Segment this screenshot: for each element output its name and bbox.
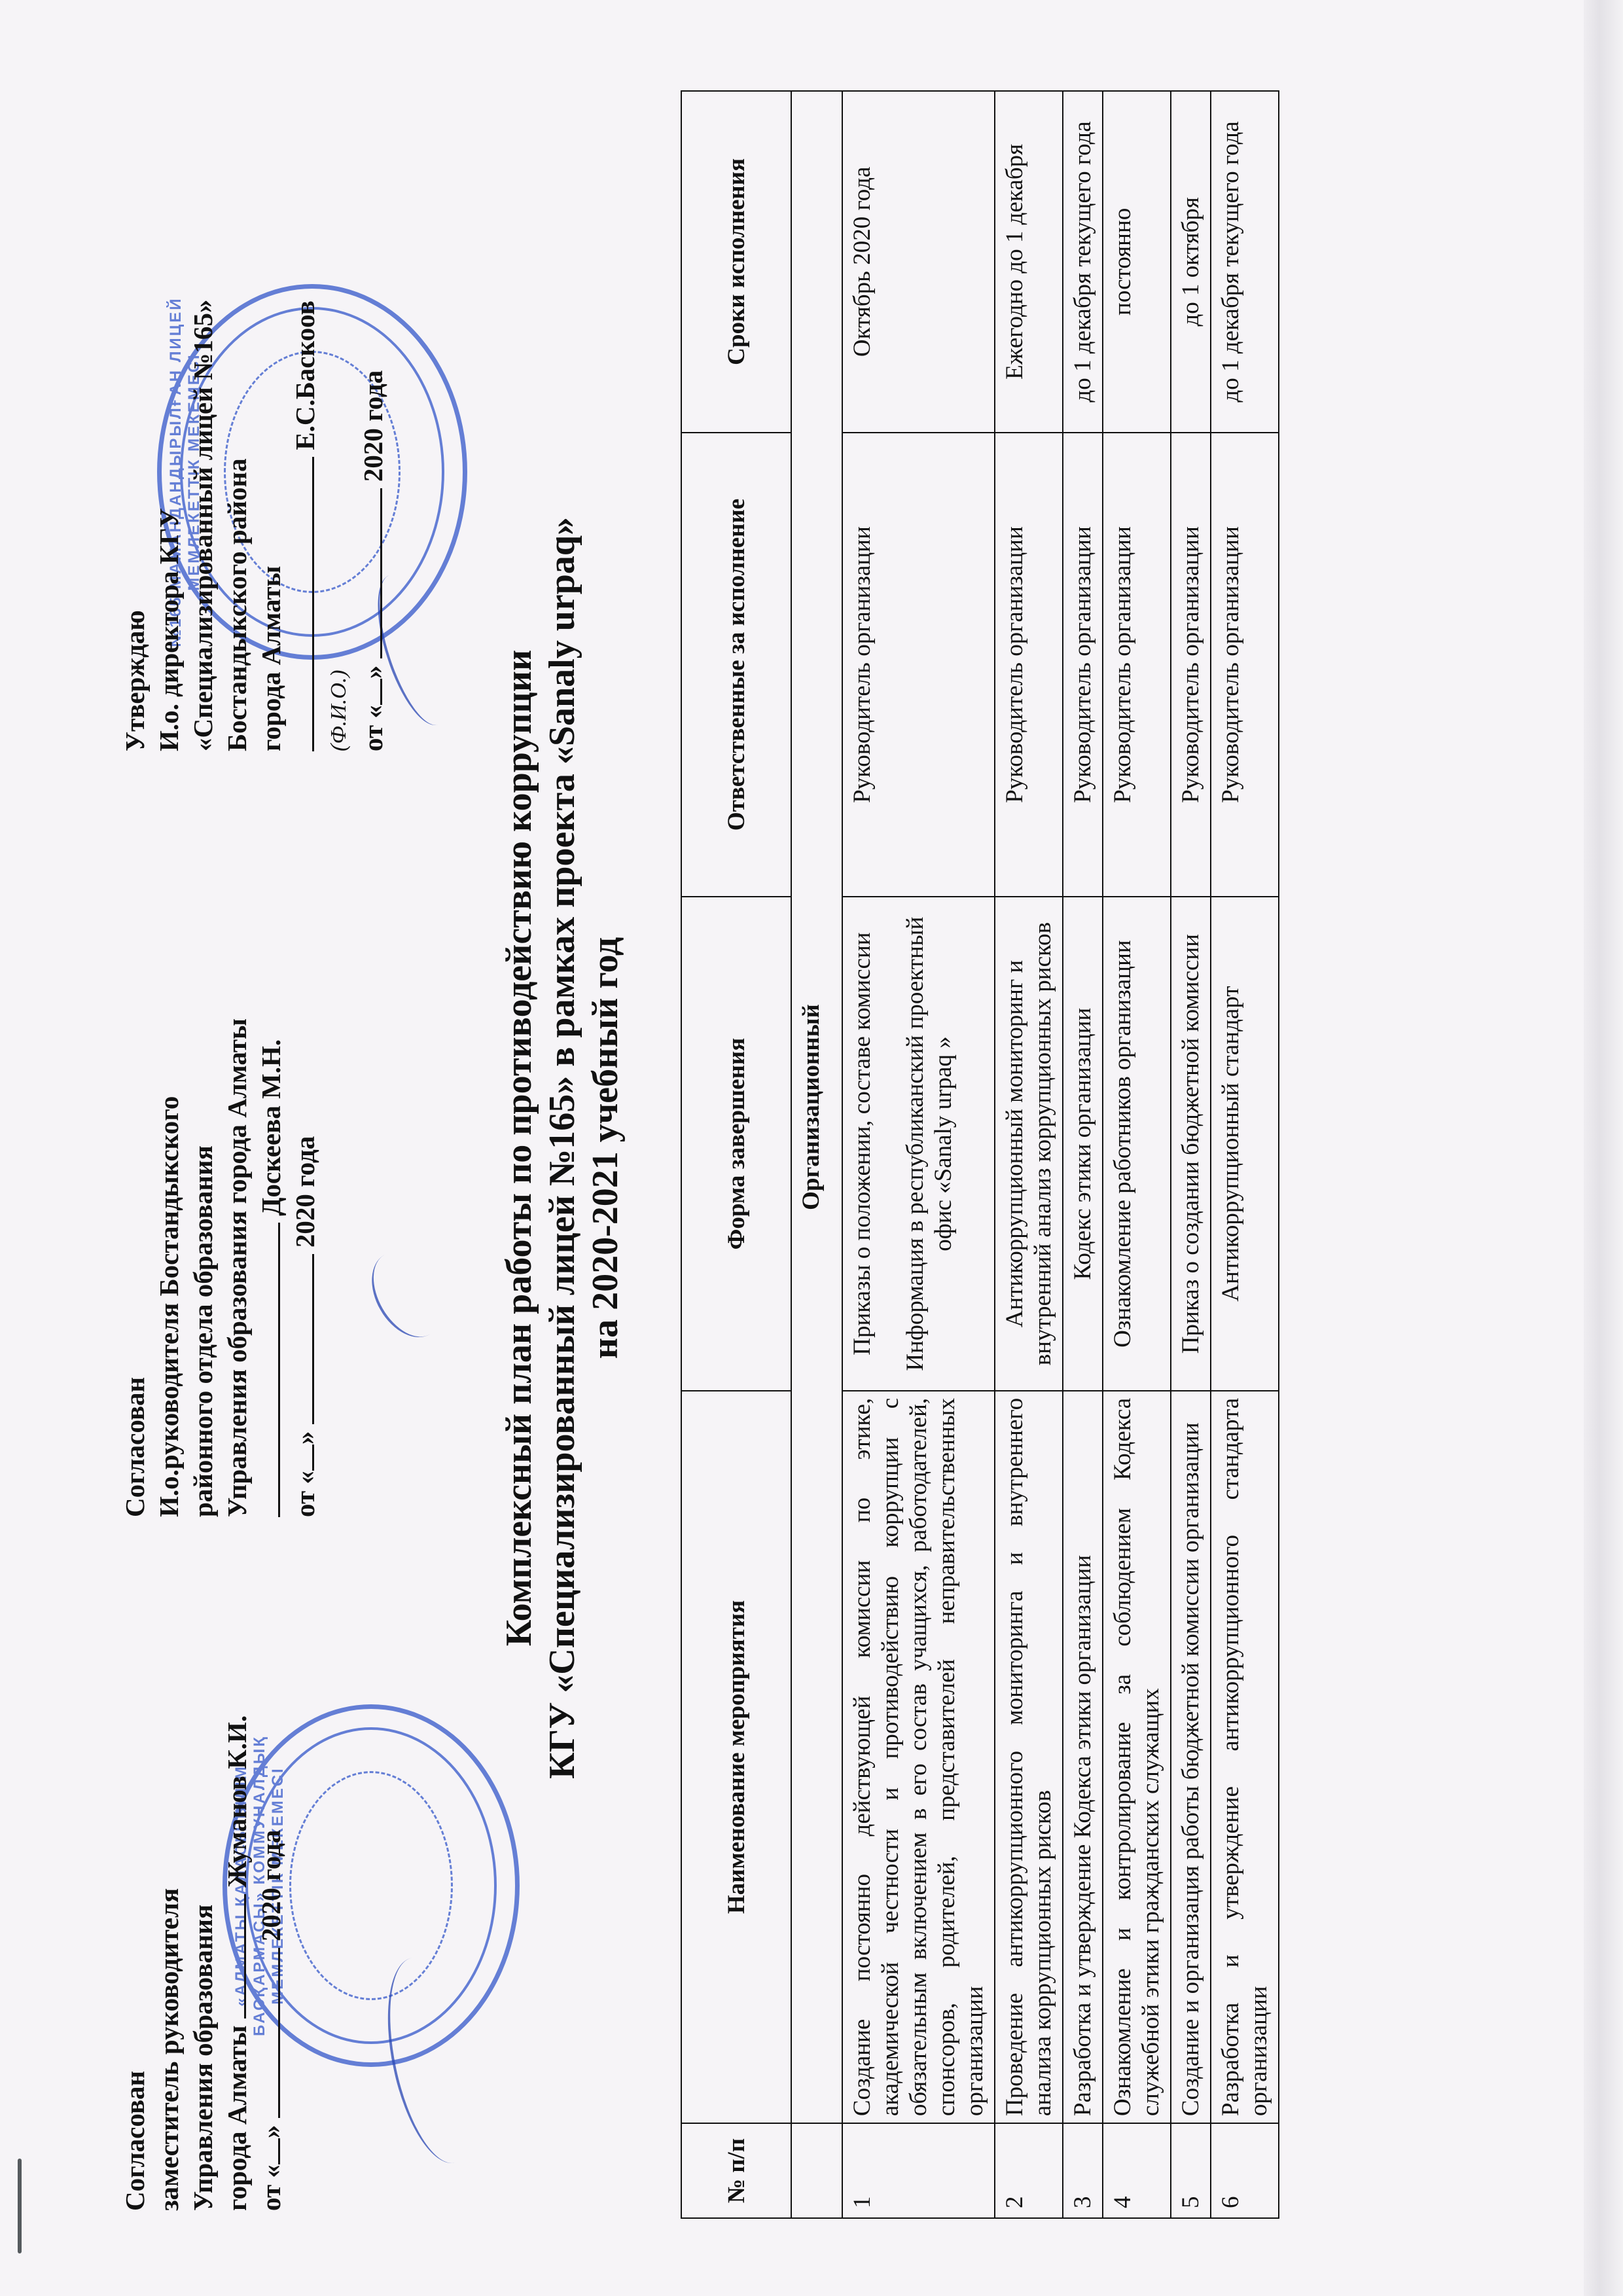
deadline: Октябрь 2020 года: [842, 91, 995, 433]
header-name: Наименование мероприятия: [681, 1391, 791, 2123]
header-responsible: Ответственные за исполнение: [681, 433, 791, 897]
row-number: 5: [1171, 2123, 1211, 2218]
deadline: до 1 декабря текущего года: [1211, 91, 1279, 433]
title-line-1: Комплексный план работы по противодейств…: [497, 0, 541, 2296]
responsible-person: Руководитель организации: [995, 433, 1063, 897]
completion-form-item: Ознакомление работников организации: [1109, 904, 1137, 1384]
approval-line: районного отдела образования: [186, 1018, 220, 1517]
document-page: «АЛМАТЫ ҚАЛАСЫ БІЛІМ БАСҚАРМАСЫ» КОММУНА…: [0, 0, 1623, 2296]
approval-date: от «» 2020 года: [254, 1715, 288, 2211]
signature-icon: [357, 1240, 456, 1350]
approval-block-district-head: Согласован И.о.руководителя Бостандыкско…: [118, 1018, 322, 1517]
approval-line: Управления образования города Алматы: [220, 1018, 254, 1517]
activity-name: Проведение антикоррупционного мониторинг…: [995, 1391, 1063, 2123]
approval-blocks: «АЛМАТЫ ҚАЛАСЫ БІЛІМ БАСҚАРМАСЫ» КОММУНА…: [118, 0, 484, 2296]
section-row: Организационный: [791, 91, 842, 2218]
approval-line: Доскеева М.Н.: [254, 1018, 288, 1517]
completion-form: Приказы о положении, составе комиссииИнф…: [842, 897, 995, 1391]
activity-name: Разработка и утверждение антикоррупционн…: [1211, 1391, 1279, 2123]
signature-icon: [372, 1950, 495, 2172]
approval-signature-line: Е.С.Баскоов: [288, 300, 322, 751]
approval-label: Согласован: [118, 1018, 152, 1517]
header-num: № п/п: [681, 2123, 791, 2218]
approval-line: Бостандыкского района: [220, 300, 254, 751]
approval-line: И.о. директора КГУ: [152, 300, 186, 751]
approval-label: Согласован: [118, 1715, 152, 2211]
completion-form-item: Приказ о создании бюджетной комиссии: [1177, 904, 1205, 1384]
approver-name: Доскеева М.Н.: [256, 1039, 286, 1216]
completion-form-item: Антикоррупционный стандарт: [1217, 904, 1245, 1384]
table-header-row: № п/п Наименование мероприятия Форма зав…: [681, 91, 791, 2218]
approver-name: Е.С.Баскоов: [290, 300, 320, 450]
approval-line: города Алматы Жуманов К.И.: [220, 1715, 254, 2211]
completion-form-item: Информация в республиканский проектный о…: [901, 904, 957, 1384]
deadline: до 1 октября: [1171, 91, 1211, 433]
responsible-person: Руководитель организации: [842, 433, 995, 897]
section-title: Организационный: [791, 91, 842, 2123]
row-number: 2: [995, 2123, 1063, 2218]
approval-line: Управления образования: [186, 1715, 220, 2211]
activity-name: Ознакомление и контролирование за соблюд…: [1103, 1391, 1171, 2123]
table-row: 5Создание и организация работы бюджетной…: [1171, 91, 1211, 2218]
approval-date: от «» 2020 года: [288, 1018, 322, 1517]
activity-name: Создание и организация работы бюджетной …: [1171, 1391, 1211, 2123]
activity-name: Создание постоянно действующей комиссии …: [842, 1391, 995, 2123]
table-row: 3Разработка и утверждение Кодекса этики …: [1063, 91, 1103, 2218]
completion-form: Кодекс этики организации: [1063, 897, 1103, 1391]
table-row: 2Проведение антикоррупционного мониторин…: [995, 91, 1063, 2218]
row-number: 1: [842, 2123, 995, 2218]
approval-label: Утверждаю: [118, 300, 152, 751]
completion-form-item: Антикоррупционный мониторинг и внутренни…: [1001, 904, 1057, 1384]
responsible-person: Руководитель организации: [1211, 433, 1279, 897]
table-row: 1Создание постоянно действующей комиссии…: [842, 91, 995, 2218]
document-title: Комплексный план работы по противодейств…: [497, 0, 627, 2296]
deadline: Ежегодно до 1 декабря: [995, 91, 1063, 433]
responsible-person: Руководитель организации: [1063, 433, 1103, 897]
plan-table: № п/п Наименование мероприятия Форма зав…: [681, 90, 1279, 2219]
table-row: 6Разработка и утверждение антикоррупцион…: [1211, 91, 1279, 2218]
completion-form-item: Кодекс этики организации: [1069, 904, 1097, 1384]
approval-date: от «» 2020 года: [356, 300, 390, 751]
approval-line: И.о.руководителя Бостандыкского: [152, 1018, 186, 1517]
header-form: Форма завершения: [681, 897, 791, 1391]
completion-form: Приказ о создании бюджетной комиссии: [1171, 897, 1211, 1391]
header-deadline: Сроки исполнения: [681, 91, 791, 433]
title-line-3: на 2020-2021 учебный год: [584, 0, 627, 2296]
table-row: 4Ознакомление и контролирование за соблю…: [1103, 91, 1171, 2218]
completion-form: Антикоррупционный мониторинг и внутренни…: [995, 897, 1063, 1391]
responsible-person: Руководитель организации: [1171, 433, 1211, 897]
deadline: до 1 декабря текущего года: [1063, 91, 1103, 433]
completion-form: Антикоррупционный стандарт: [1211, 897, 1279, 1391]
row-number: 4: [1103, 2123, 1171, 2218]
approval-block-director: Утверждаю И.о. директора КГУ «Специализи…: [118, 300, 390, 751]
approval-line: города Алматы: [254, 300, 288, 751]
approval-line: заместитель руководителя: [152, 1715, 186, 2211]
approval-block-deputy-head: Согласован заместитель руководителя Упра…: [118, 1715, 288, 2211]
fio-caption: (Ф.И.О.): [322, 300, 356, 751]
completion-form: Ознакомление работников организации: [1103, 897, 1171, 1391]
approval-line: «Специализированный лицей №165»: [186, 300, 220, 751]
row-number: 6: [1211, 2123, 1279, 2218]
title-line-2: КГУ «Специализированный лицей №165» в ра…: [541, 0, 584, 2296]
approver-name: Жуманов К.И.: [222, 1715, 252, 1888]
deadline: постоянно: [1103, 91, 1171, 433]
activity-name: Разработка и утверждение Кодекса этики о…: [1063, 1391, 1103, 2123]
completion-form-item: Приказы о положении, составе комиссии: [848, 904, 876, 1384]
row-number: 3: [1063, 2123, 1103, 2218]
responsible-person: Руководитель организации: [1103, 433, 1171, 897]
